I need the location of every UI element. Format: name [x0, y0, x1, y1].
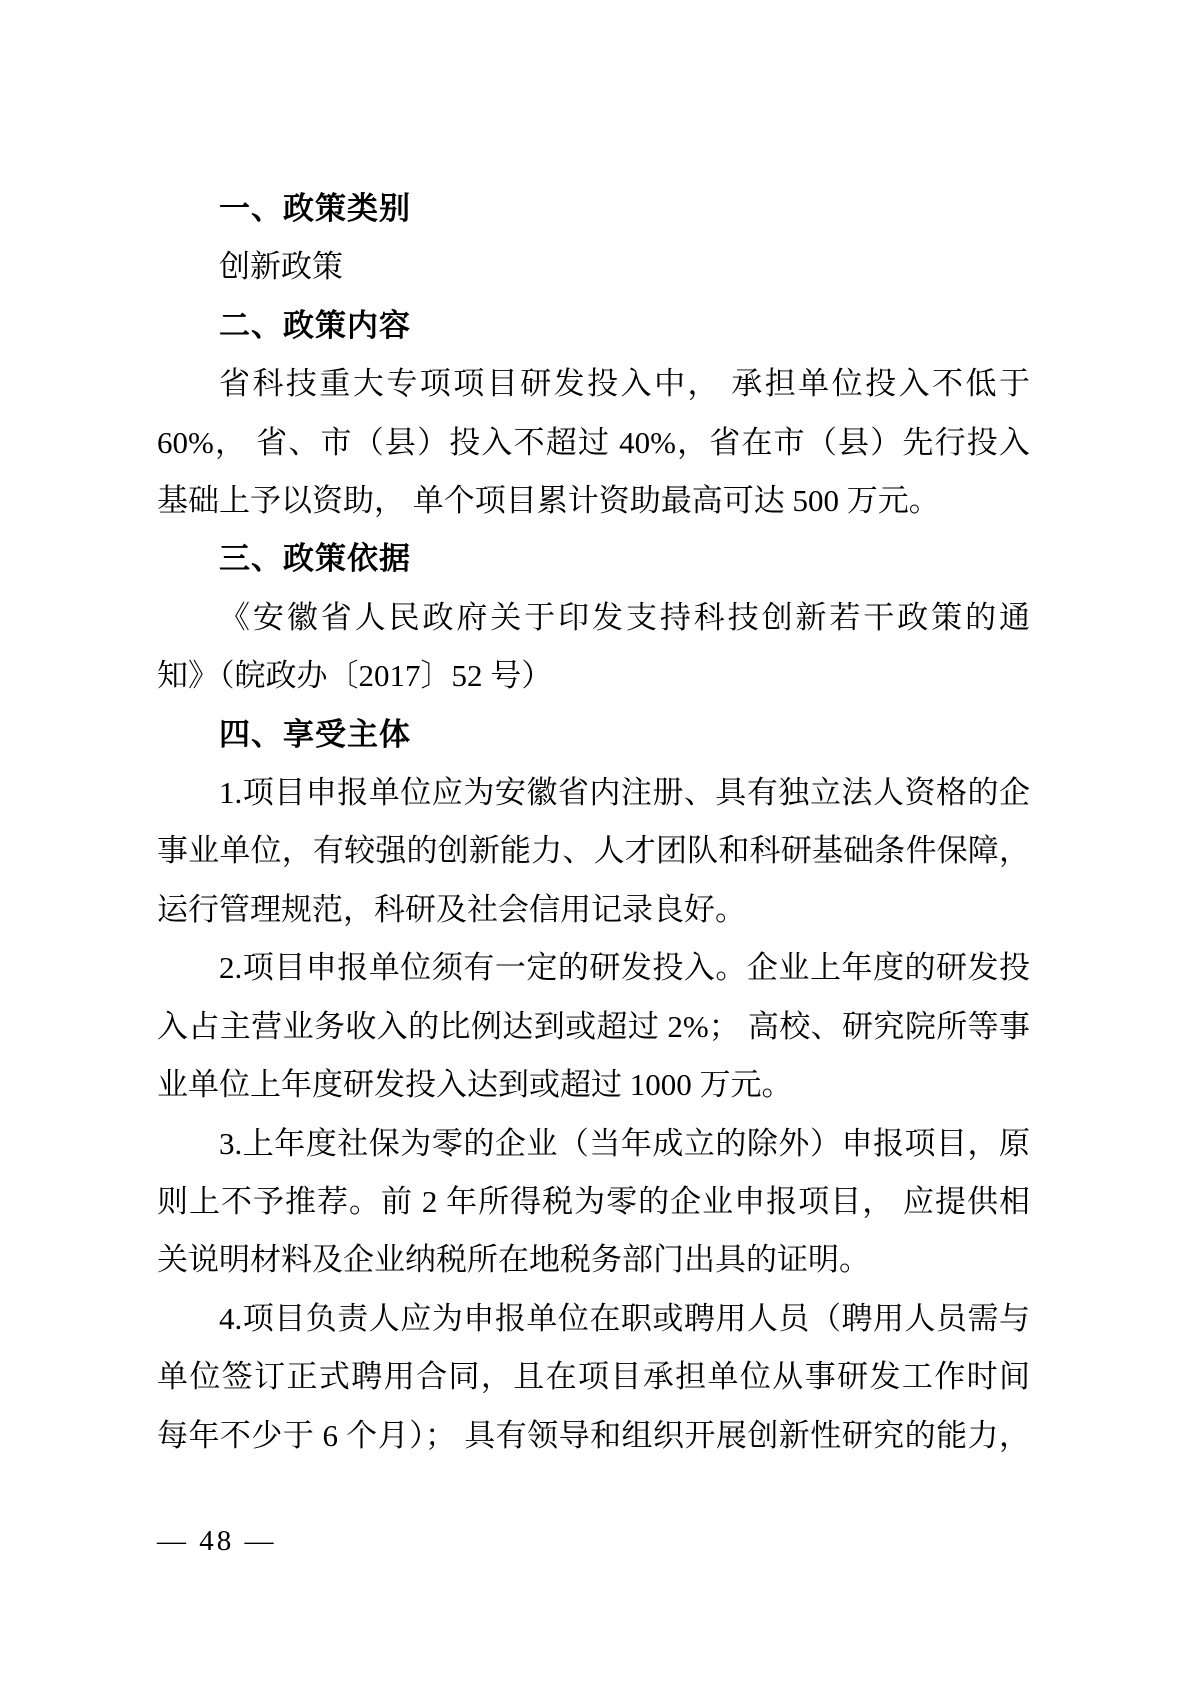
eligible-entities-line: 单位签订正式聘用合同，且在项目承担单位从事研发工作时间 [157, 1348, 1030, 1406]
eligible-entities-line: 入占主营业务收入的比例达到或超过 2%； 高校、研究院所等事 [157, 998, 1030, 1056]
section-heading-policy-category: 一、政策类别 [157, 180, 1030, 238]
policy-document-body: 一、政策类别 创新政策 二、政策内容 省科技重大专项项目研发投入中， 承担单位投… [157, 180, 1030, 1465]
eligible-entities-line: 1.项目申报单位应为安徽省内注册、具有独立法人资格的企 [157, 764, 1030, 822]
policy-basis-line: 《安徽省人民政府关于印发支持科技创新若干政策的通 [157, 589, 1030, 647]
eligible-entities-line: 则上不予推荐。前 2 年所得税为零的企业申报项目， 应提供相 [157, 1173, 1030, 1231]
policy-content-line: 省科技重大专项项目研发投入中， 承担单位投入不低于 [157, 355, 1030, 413]
eligible-entities-line: 4.项目负责人应为申报单位在职或聘用人员（聘用人员需与 [157, 1290, 1030, 1348]
policy-basis-line: 知》（皖政办〔2017〕52 号） [157, 647, 1030, 705]
eligible-entities-line: 2.项目申报单位须有一定的研发投入。企业上年度的研发投 [157, 939, 1030, 997]
eligible-entities-line: 关说明材料及企业纳税所在地税务部门出具的证明。 [157, 1231, 1030, 1289]
section-heading-policy-basis: 三、政策依据 [157, 530, 1030, 588]
policy-content-line: 60%， 省、市（县）投入不超过 40%，省在市（县）先行投入 [157, 414, 1030, 472]
eligible-entities-line: 每年不少于 6 个月）； 具有领导和组织开展创新性研究的能力， [157, 1407, 1030, 1465]
document-page: 一、政策类别 创新政策 二、政策内容 省科技重大专项项目研发投入中， 承担单位投… [0, 0, 1190, 1683]
eligible-entities-line: 事业单位，有较强的创新能力、人才团队和科研基础条件保障， [157, 822, 1030, 880]
eligible-entities-line: 3.上年度社保为零的企业（当年成立的除外）申报项目，原 [157, 1115, 1030, 1173]
section-heading-policy-content: 二、政策内容 [157, 297, 1030, 355]
eligible-entities-line: 运行管理规范，科研及社会信用记录良好。 [157, 881, 1030, 939]
page-number: — 48 — [157, 1524, 277, 1558]
policy-content-line: 基础上予以资助， 单个项目累计资助最高可达 500 万元。 [157, 472, 1030, 530]
policy-category-line: 创新政策 [157, 238, 1030, 296]
section-heading-eligible-entities: 四、享受主体 [157, 706, 1030, 764]
eligible-entities-line: 业单位上年度研发投入达到或超过 1000 万元。 [157, 1056, 1030, 1114]
